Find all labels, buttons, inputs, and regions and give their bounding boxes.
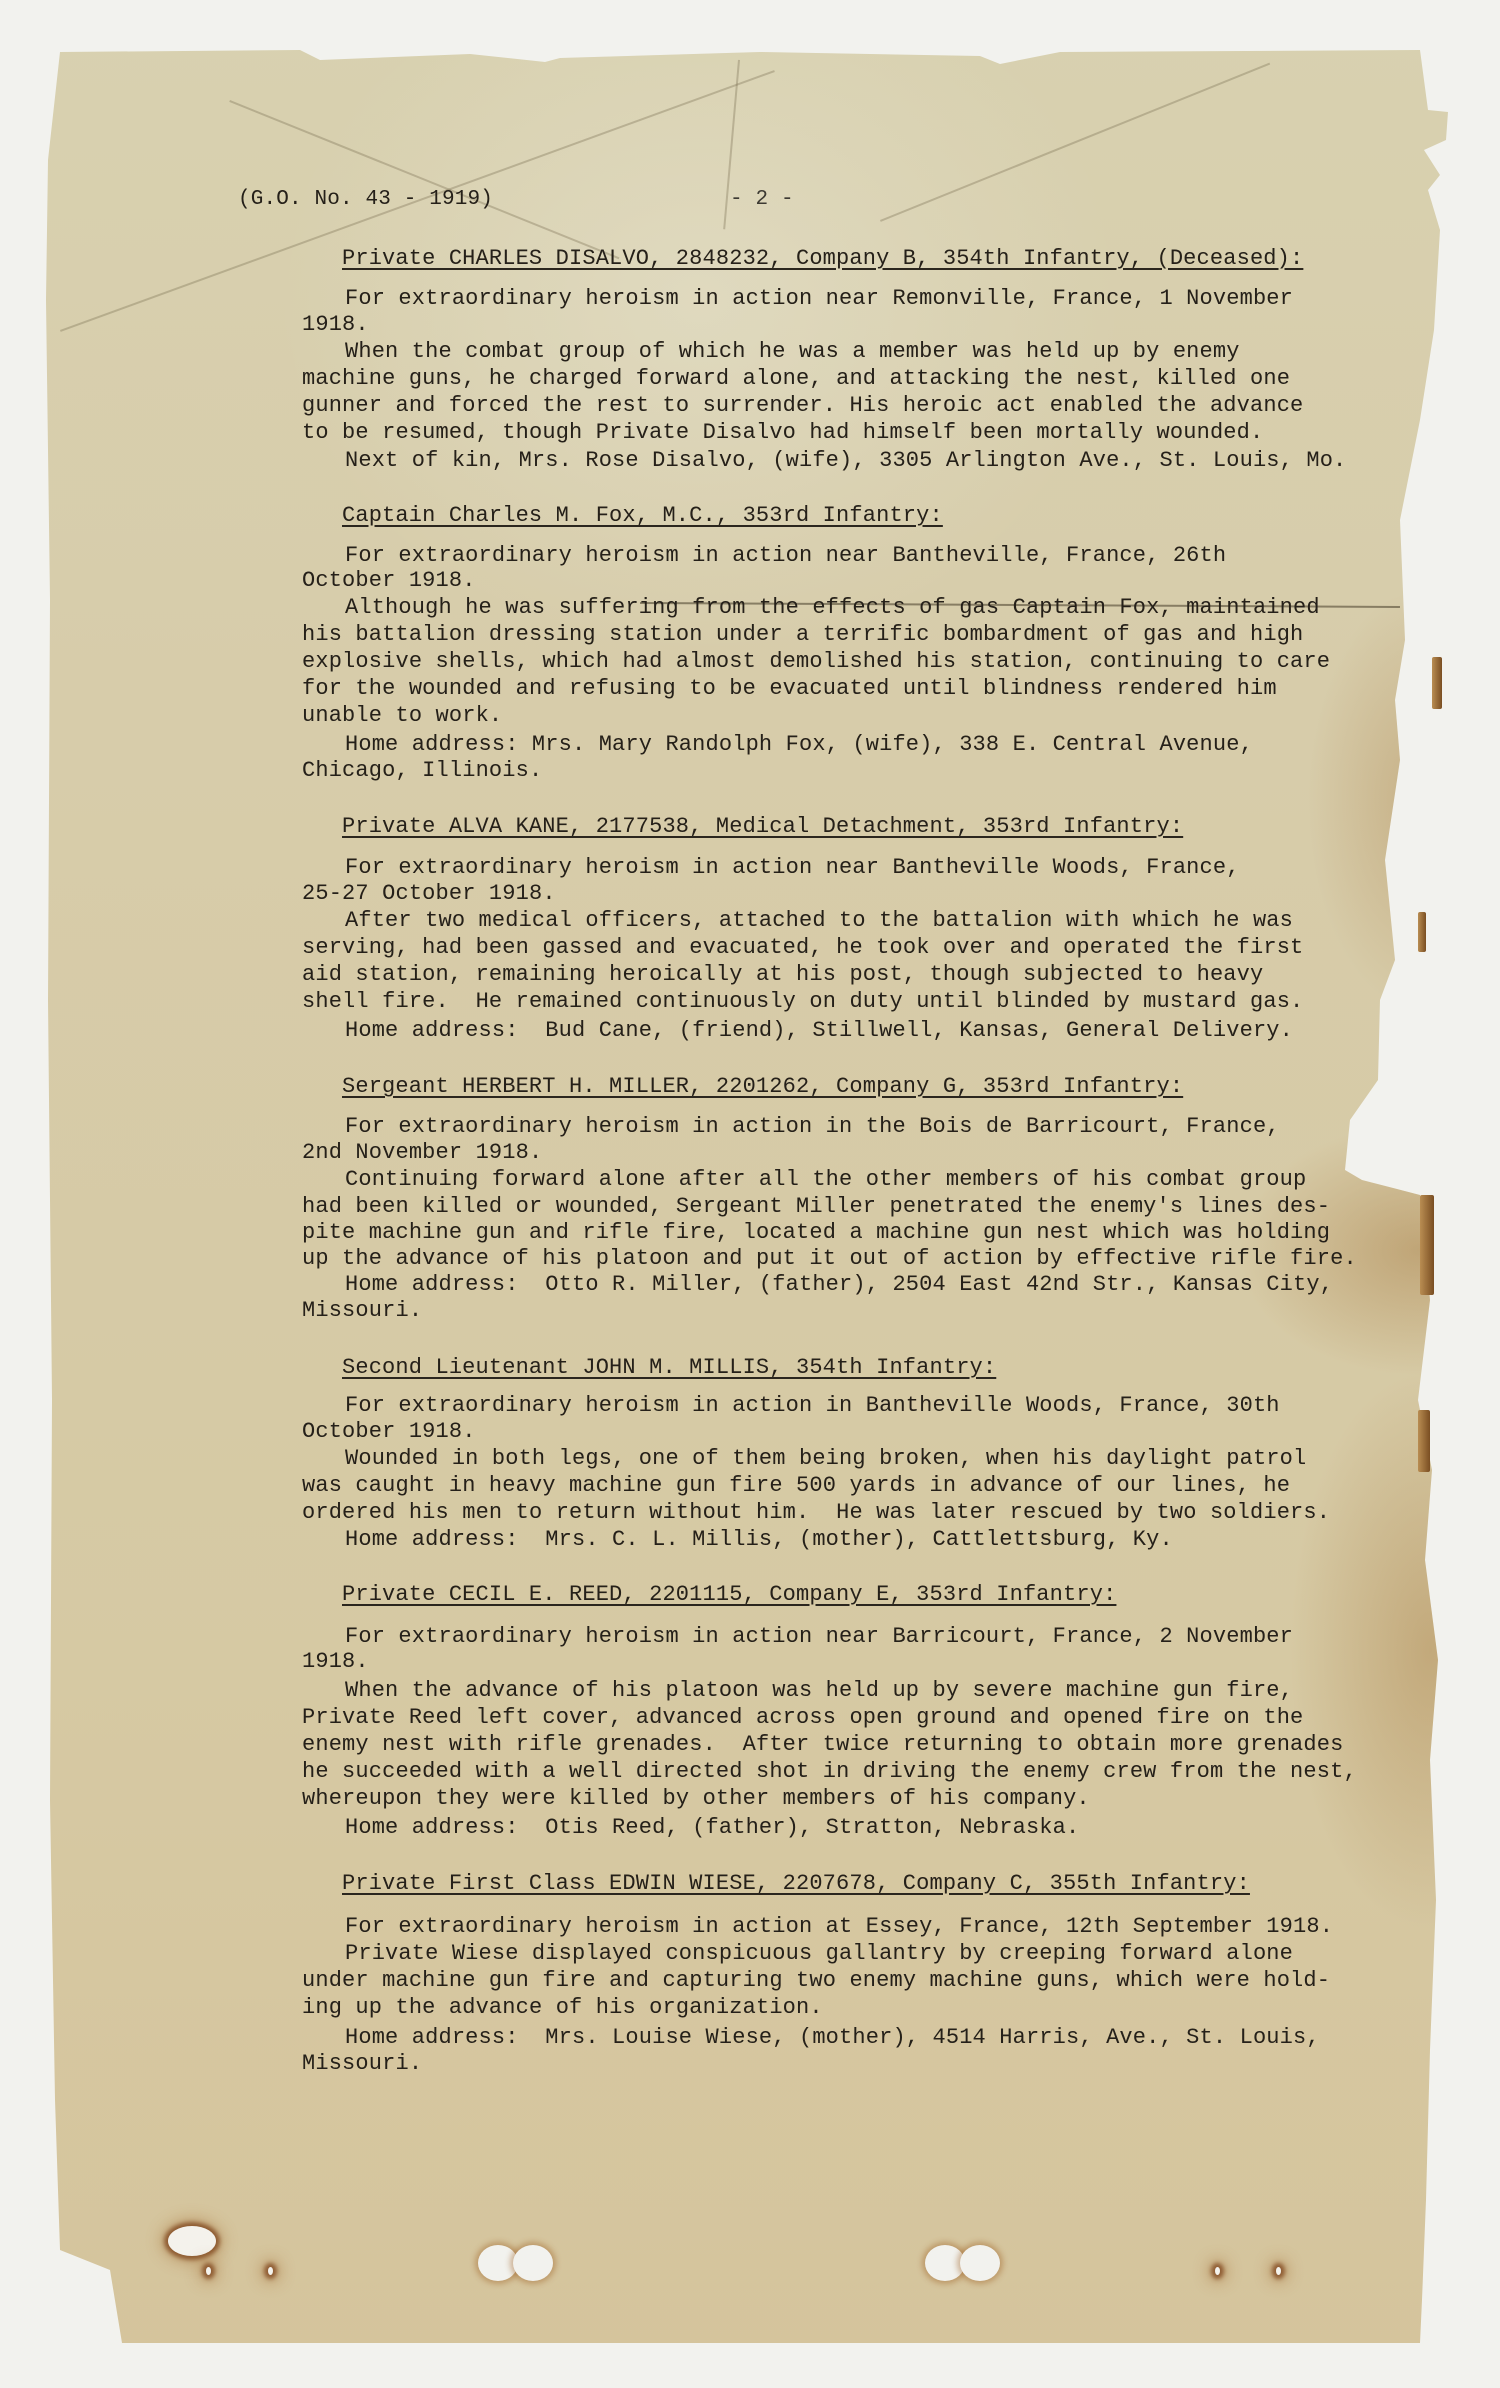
narrative-line: machine guns, he charged forward alone, …: [302, 366, 1290, 392]
home-address-line: Home address: Otis Reed, (father), Strat…: [345, 1815, 1079, 1841]
narrative-line: Continuing forward alone after all the o…: [345, 1167, 1306, 1193]
citation-heading: Private ALVA KANE, 2177538, Medical Deta…: [342, 814, 1183, 840]
burn-spot: [206, 2267, 211, 2275]
narrative-line: When the advance of his platoon was held…: [345, 1678, 1293, 1704]
home-address-line: Home address: Mrs. C. L. Millis, (mother…: [345, 1527, 1173, 1553]
home-address-line: Home address: Mrs. Mary Randolph Fox, (w…: [345, 732, 1253, 758]
award-line: 1918.: [302, 1649, 369, 1675]
home-address-line: Missouri.: [302, 1298, 422, 1324]
narrative-line: After two medical officers, attached to …: [345, 908, 1293, 934]
award-line: For extraordinary heroism in action near…: [345, 543, 1226, 569]
burn-spot: [1215, 2267, 1220, 2275]
burn-spot: [268, 2267, 273, 2275]
award-line: For extraordinary heroism in action near…: [345, 1624, 1293, 1650]
citation-heading: Private CECIL E. REED, 2201115, Company …: [342, 1582, 1116, 1608]
burn-hole: [168, 2226, 216, 2256]
citation-heading: Sergeant HERBERT H. MILLER, 2201262, Com…: [342, 1074, 1183, 1100]
narrative-line: Although he was suffering from the effec…: [345, 595, 1320, 621]
narrative-line: up the advance of his platoon and put it…: [302, 1246, 1357, 1272]
narrative-line: serving, had been gassed and evacuated, …: [302, 935, 1303, 961]
narrative-line: had been killed or wounded, Sergeant Mil…: [302, 1194, 1330, 1220]
narrative-line: for the wounded and refusing to be evacu…: [302, 676, 1277, 702]
citation-heading: Captain Charles M. Fox, M.C., 353rd Infa…: [342, 503, 943, 529]
torn-edge-tab: [1432, 657, 1442, 709]
narrative-line: aid station, remaining heroically at his…: [302, 962, 1263, 988]
narrative-line: ing up the advance of his organization.: [302, 1995, 823, 2021]
punch-hole: [478, 2245, 518, 2281]
narrative-line: whereupon they were killed by other memb…: [302, 1786, 1090, 1812]
award-line: For extraordinary heroism in action near…: [345, 286, 1293, 312]
narrative-line: his battalion dressing station under a t…: [302, 622, 1303, 648]
burn-spot: [1276, 2267, 1281, 2275]
narrative-line: unable to work.: [302, 703, 502, 729]
citation-heading: Private CHARLES DISALVO, 2848232, Compan…: [342, 246, 1303, 272]
narrative-line: Private Reed left cover, advanced across…: [302, 1705, 1303, 1731]
award-line: For extraordinary heroism in action at E…: [345, 1914, 1333, 1940]
award-line: For extraordinary heroism in action in B…: [345, 1393, 1280, 1419]
narrative-line: under machine gun fire and capturing two…: [302, 1968, 1330, 1994]
home-address-line: Chicago, Illinois.: [302, 758, 542, 784]
award-line: October 1918.: [302, 1419, 476, 1445]
torn-edge-tab: [1418, 912, 1426, 952]
narrative-line: When the combat group of which he was a …: [345, 339, 1240, 365]
punch-hole: [960, 2245, 1000, 2281]
award-line: For extraordinary heroism in action near…: [345, 855, 1240, 881]
award-line: 25-27 October 1918.: [302, 881, 556, 907]
narrative-line: enemy nest with rifle grenades. After tw…: [302, 1732, 1343, 1758]
narrative-line: gunner and forced the rest to surrender.…: [302, 393, 1303, 419]
order-reference: (G.O. No. 43 - 1919): [238, 187, 493, 213]
torn-edge-tab: [1418, 1410, 1430, 1472]
home-address-line: Home address: Otto R. Miller, (father), …: [345, 1272, 1333, 1298]
narrative-line: shell fire. He remained continuously on …: [302, 989, 1303, 1015]
home-address-line: Home address: Bud Cane, (friend), Stillw…: [345, 1018, 1293, 1044]
narrative-line: Private Wiese displayed conspicuous gall…: [345, 1941, 1293, 1967]
punch-hole: [513, 2245, 553, 2281]
narrative-line: he succeeded with a well directed shot i…: [302, 1759, 1357, 1785]
narrative-line: was caught in heavy machine gun fire 500…: [302, 1473, 1290, 1499]
award-line: 2nd November 1918.: [302, 1140, 542, 1166]
citation-heading: Private First Class EDWIN WIESE, 2207678…: [342, 1871, 1250, 1897]
page-number: - 2 -: [730, 187, 794, 213]
narrative-line: explosive shells, which had almost demol…: [302, 649, 1330, 675]
next-of-kin-line: Next of kin, Mrs. Rose Disalvo, (wife), …: [345, 448, 1346, 474]
citation-heading: Second Lieutenant JOHN M. MILLIS, 354th …: [342, 1355, 996, 1381]
narrative-line: Wounded in both legs, one of them being …: [345, 1446, 1306, 1472]
torn-edge-tab: [1420, 1195, 1434, 1295]
narrative-line: ordered his men to return without him. H…: [302, 1500, 1330, 1526]
narrative-line: pite machine gun and rifle fire, located…: [302, 1220, 1330, 1246]
award-line: For extraordinary heroism in action in t…: [345, 1114, 1280, 1140]
home-address-line: Missouri.: [302, 2051, 422, 2077]
narrative-line: to be resumed, though Private Disalvo ha…: [302, 420, 1263, 446]
home-address-line: Home address: Mrs. Louise Wiese, (mother…: [345, 2025, 1320, 2051]
award-line: October 1918.: [302, 568, 476, 594]
award-line: 1918.: [302, 312, 369, 338]
punch-hole: [925, 2245, 965, 2281]
